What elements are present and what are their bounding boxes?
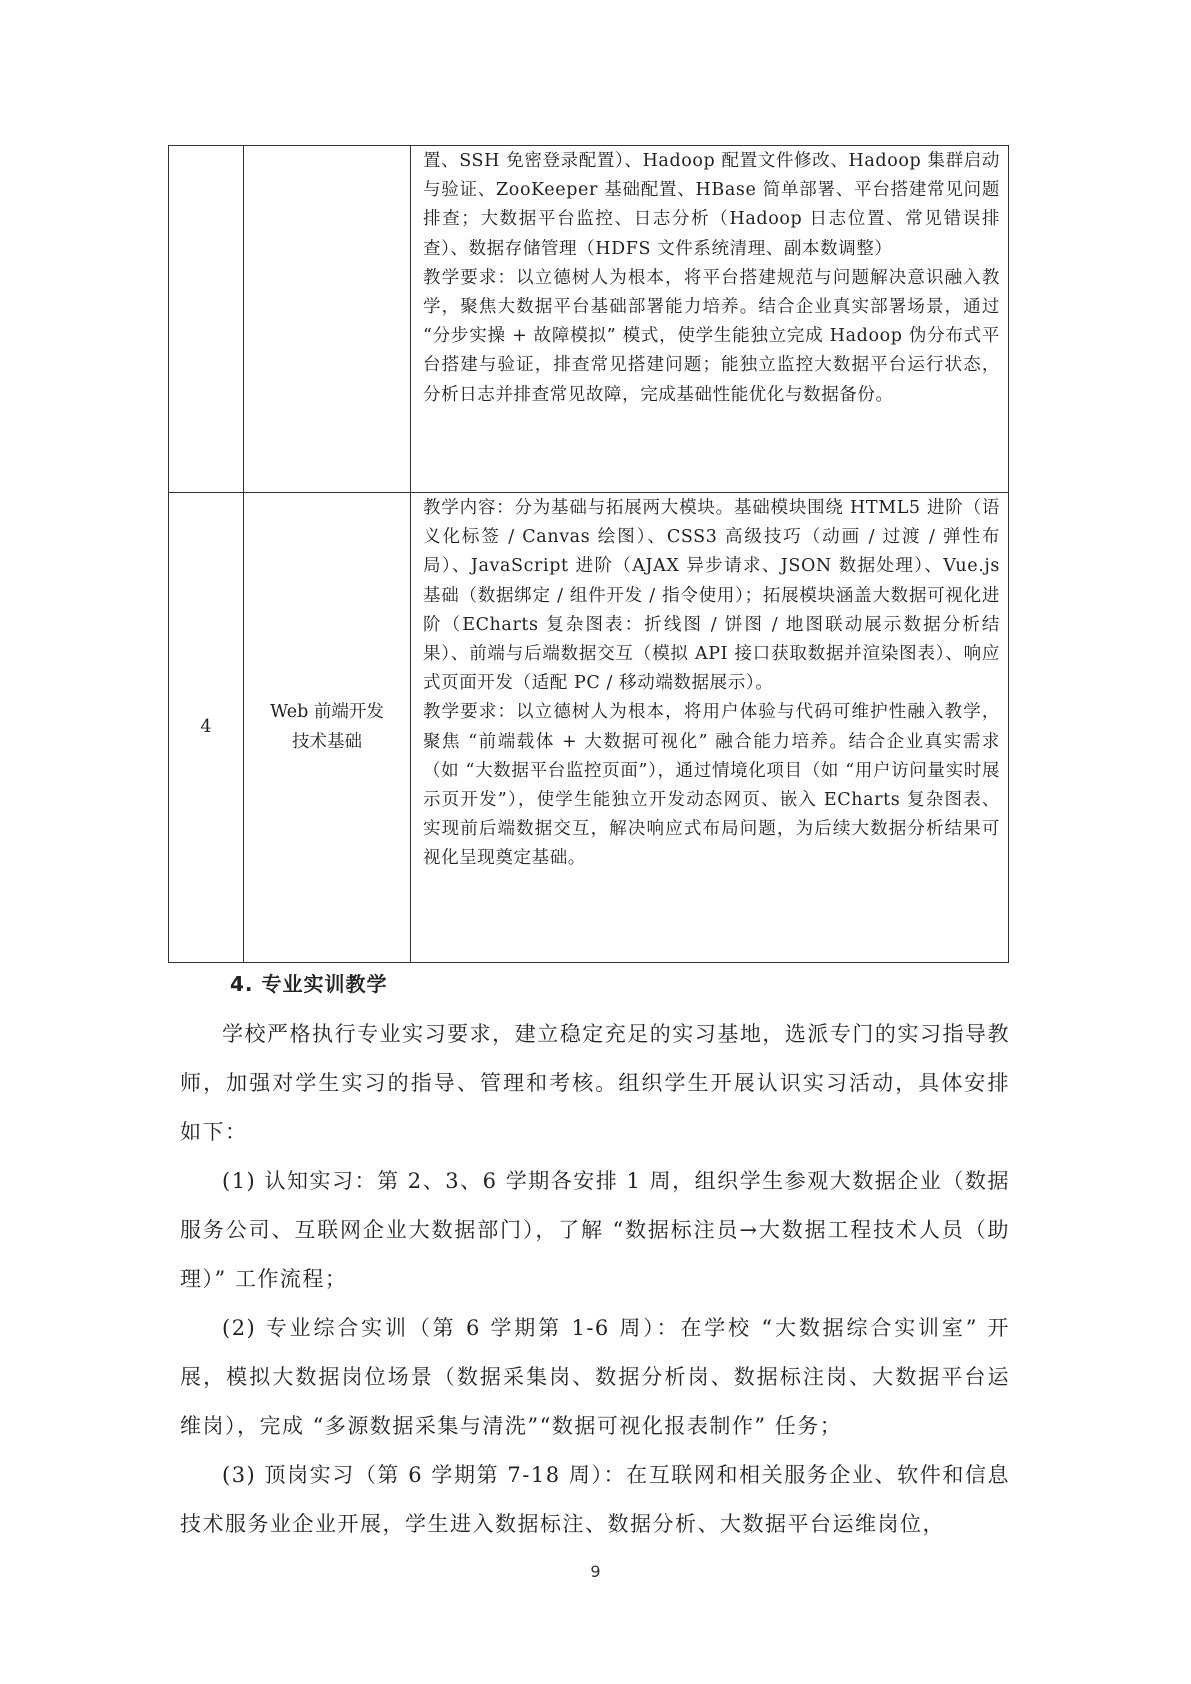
course-content-text: 置、SSH 免密登录配置）、Hadoop 配置文件修改、Hadoop 集群启动与… — [423, 147, 1000, 264]
course-requirement-text: 教学要求：以立德树人为根本，将平台搭建规范与问题解决意识融入教学，聚焦大数据平台… — [423, 264, 1000, 410]
course-name-line: 技术基础 — [244, 728, 410, 757]
table-row: 4 Web 前端开发 技术基础 教学内容：分为基础与拓展两大模块。基础模块围绕 … — [169, 493, 1009, 963]
paragraph-intro: 学校严格执行专业实习要求，建立稳定充足的实习基地，选派专门的实习指导教师，加强对… — [180, 1010, 1010, 1157]
course-requirement-text: 教学要求：以立德树人为根本，将用户体验与代码可维护性融入教学，聚焦 “前端载体 … — [423, 698, 1000, 873]
course-content-text: 教学内容：分为基础与拓展两大模块。基础模块围绕 HTML5 进阶（语义化标签 /… — [423, 494, 1000, 698]
paragraph-item-1: (1) 认知实习：第 2、3、6 学期各安排 1 周，组织学生参观大数据企业（数… — [180, 1157, 1010, 1304]
course-name-line: Web 前端开发 — [244, 698, 410, 727]
paragraph-item-3: (3) 顶岗实习（第 6 学期第 7-18 周）：在互联网和相关服务企业、软件和… — [180, 1451, 1010, 1549]
course-name-cell: Web 前端开发 技术基础 — [244, 493, 411, 963]
course-number-cell: 4 — [169, 493, 244, 963]
page-number: 9 — [0, 1562, 1191, 1581]
section-heading: 4. 专业实训教学 — [230, 968, 387, 997]
table-row: 置、SSH 免密登录配置）、Hadoop 配置文件修改、Hadoop 集群启动与… — [169, 146, 1009, 493]
paragraph-item-2: (2) 专业综合实训（第 6 学期第 1-6 周）：在学校 “大数据综合实训室”… — [180, 1304, 1010, 1451]
course-content-cell: 教学内容：分为基础与拓展两大模块。基础模块围绕 HTML5 进阶（语义化标签 /… — [411, 493, 1009, 963]
course-number-cell — [169, 146, 244, 493]
course-content-cell: 置、SSH 免密登录配置）、Hadoop 配置文件修改、Hadoop 集群启动与… — [411, 146, 1009, 493]
course-name-cell — [244, 146, 411, 493]
course-table: 置、SSH 免密登录配置）、Hadoop 配置文件修改、Hadoop 集群启动与… — [168, 145, 1009, 963]
section-body: 学校严格执行专业实习要求，建立稳定充足的实习基地，选派专门的实习指导教师，加强对… — [180, 1010, 1010, 1549]
